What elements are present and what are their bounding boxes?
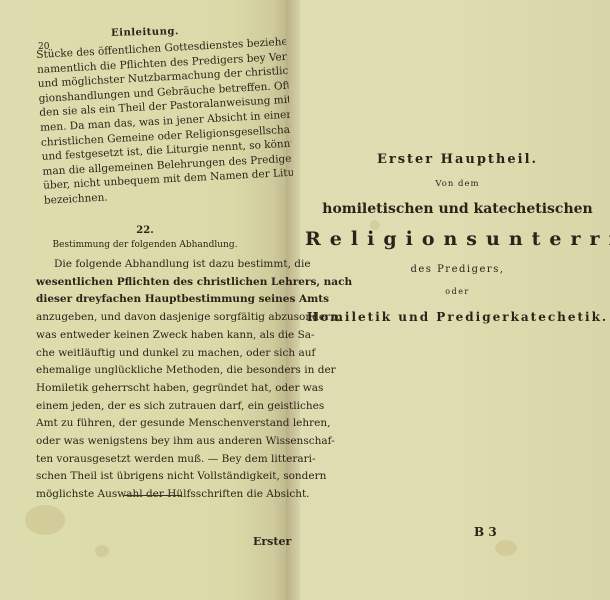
title-alternative: Homiletik und Predigerkatechetik. <box>305 310 610 324</box>
text-line: einem jeden, der es sich zutrauen darf, … <box>36 398 286 416</box>
title-von-dem: Von dem <box>305 179 610 189</box>
text-line: ehemalige unglückliche Methoden, die bes… <box>36 362 286 380</box>
section-title: Bestimmung der folgenden Abhandlung. <box>0 240 290 250</box>
body-paragraph: Die folgende Abhandlung ist dazu bestimm… <box>36 256 286 504</box>
text-line: schen Theil ist übrigens nicht Vollständ… <box>36 468 286 486</box>
signature-mark: B 3 <box>474 525 497 539</box>
part-title: Erster Hauptheil. <box>305 152 610 167</box>
text-line: che weitläuftig und dunkel zu machen, od… <box>36 345 286 363</box>
title-des-predigers: des Predigers, <box>305 264 610 275</box>
text-line: was entweder keinen Zweck haben kann, al… <box>36 327 286 345</box>
right-page <box>300 0 610 600</box>
paper-stain <box>495 540 517 556</box>
text-line: Homiletik geherrscht haben, gegründet ha… <box>36 380 286 398</box>
text-line: Die folgende Abhandlung ist dazu bestimm… <box>36 256 286 274</box>
text-line: dieser dreyfachen Hauptbestimmung seines… <box>36 291 286 309</box>
text-line: ten vorausgesetzt werden muß. — Bey dem … <box>36 451 286 469</box>
text-line: oder was wenigstens bey ihm aus anderen … <box>36 433 286 451</box>
catchword: Erster <box>253 535 291 548</box>
text-line: anzugeben, und davon dasjenige sorgfälti… <box>36 309 286 327</box>
text-line: wesentlichen Pflichten des christlichen … <box>36 274 286 292</box>
title-main: Religionsunterricht <box>305 228 610 250</box>
paper-stain <box>25 505 65 535</box>
intro-paragraph: Stücke des öffentlichen Gottesdienstes b… <box>36 35 294 208</box>
section-end-rule <box>124 495 181 496</box>
section-number: 22. <box>0 225 290 236</box>
title-oder: oder <box>305 287 610 296</box>
paper-stain <box>95 545 109 557</box>
text-line: Amt zu führen, der gesunde Menschenverst… <box>36 415 286 433</box>
book-spread: Einleitung. 20 Stücke des öffentlichen G… <box>0 0 610 600</box>
title-subject: homiletischen und katechetischen <box>305 201 610 217</box>
